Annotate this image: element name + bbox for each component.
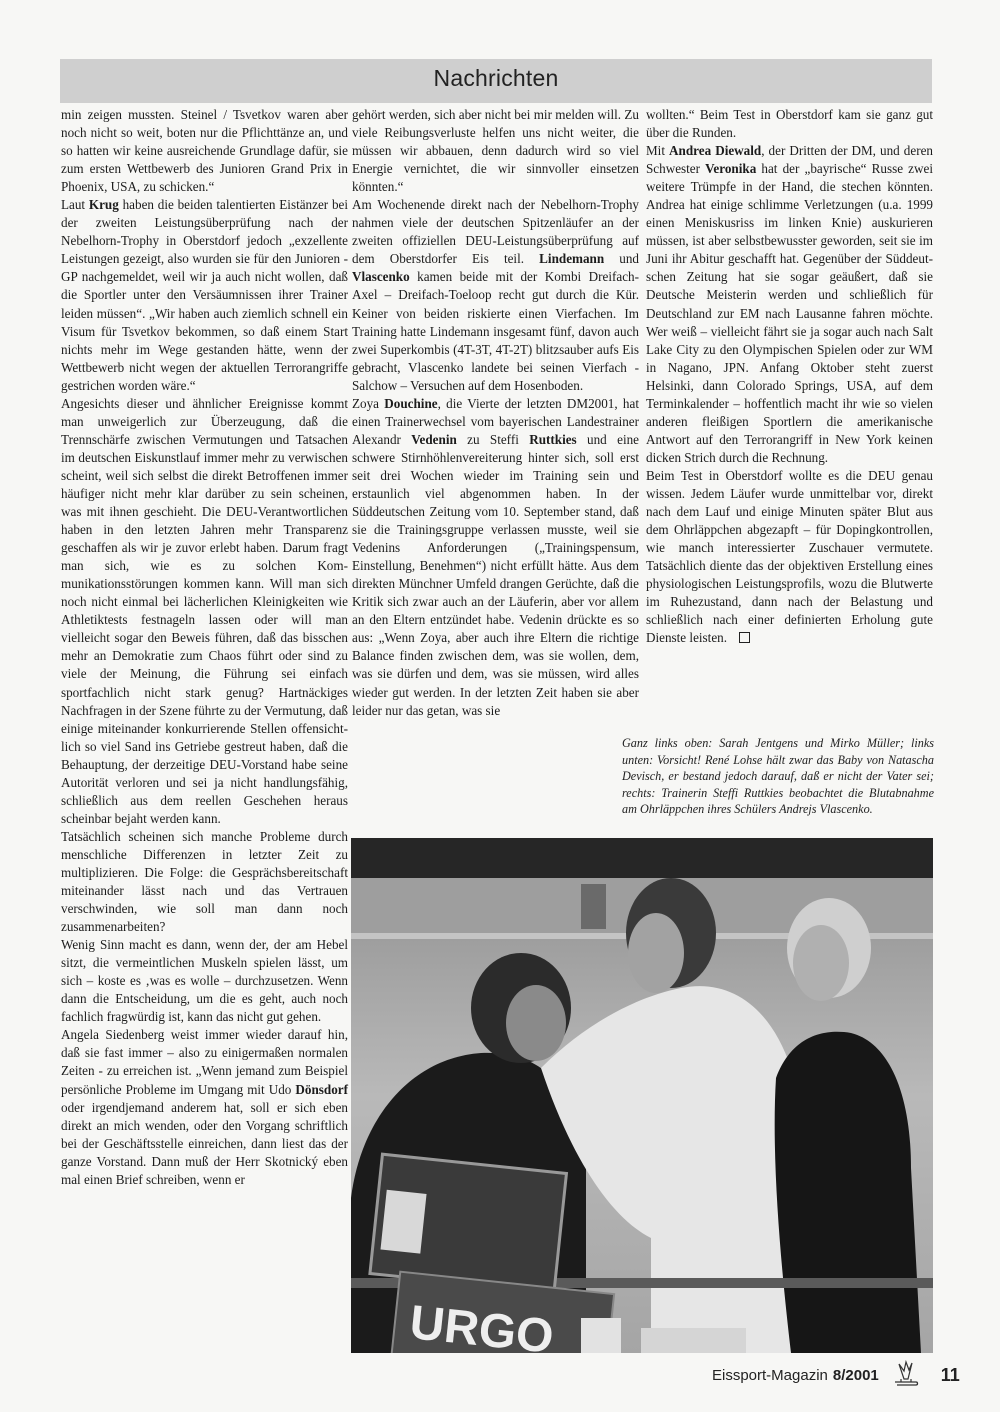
page-number: 11 [941, 1365, 960, 1386]
paragraph: min zeigen mussten. Steinel / Tsvetkov w… [61, 106, 348, 196]
paragraph: Zoya Douchine, die Vierte der letzten DM… [352, 395, 639, 720]
bold-name: Ruttkies [529, 432, 576, 447]
magazine-name: Eissport-Magazin [712, 1367, 828, 1384]
paragraph: Wenig Sinn macht es dann, wenn der, der … [61, 936, 348, 1026]
paragraph: Beim Test in Oberstdorf wollte es die DE… [646, 467, 933, 647]
issue-number: 8/2001 [833, 1367, 879, 1384]
paragraph: Angela Siedenberg weist immer wieder dar… [61, 1026, 348, 1188]
bold-name: Andrea Diewald [669, 143, 761, 158]
page-footer: Eissport-Magazin 8/2001 11 [712, 1360, 960, 1390]
article-photo: URGO [351, 838, 933, 1353]
paragraph: Laut Krug haben die beiden talentierten … [61, 196, 348, 395]
paragraph: Tatsächlich scheinen sich manche Problem… [61, 828, 348, 936]
bold-name: Krug [89, 197, 119, 212]
photo-illustration: URGO [351, 838, 933, 1353]
article-column-1: min zeigen mussten. Steinel / Tsvetkov w… [61, 106, 348, 1189]
section-header-bar: Nachrichten [60, 59, 932, 103]
bold-name: Dönsdorf [295, 1082, 348, 1097]
paragraph: gehört werden, sich aber nicht bei mir m… [352, 106, 639, 196]
article-column-3: wollten.“ Beim Test in Oberstdorf kam si… [646, 106, 933, 647]
paragraph: Angesichts dieser und ähnlicher Ereignis… [61, 395, 348, 828]
bold-name: Vedenin [411, 432, 457, 447]
photo-caption: Ganz links oben: Sarah Jentgens und Mirk… [622, 735, 934, 818]
section-title: Nachrichten [60, 65, 932, 92]
paragraph: Mit Andrea Diewald, der Dritten der DM, … [646, 142, 933, 467]
end-of-article-square-icon [739, 632, 750, 643]
paragraph: wollten.“ Beim Test in Oberstdorf kam si… [646, 106, 933, 142]
bold-name: Veronika [705, 161, 756, 176]
paragraph: Am Wochenende direkt nach der Nebelhorn-… [352, 196, 639, 395]
bold-name: Douchine [384, 396, 437, 411]
article-column-2: gehört werden, sich aber nicht bei mir m… [352, 106, 639, 720]
skate-logo-icon [891, 1360, 921, 1390]
bold-name: Lindemann [539, 251, 604, 266]
bold-name: Vlascenko [352, 269, 410, 284]
